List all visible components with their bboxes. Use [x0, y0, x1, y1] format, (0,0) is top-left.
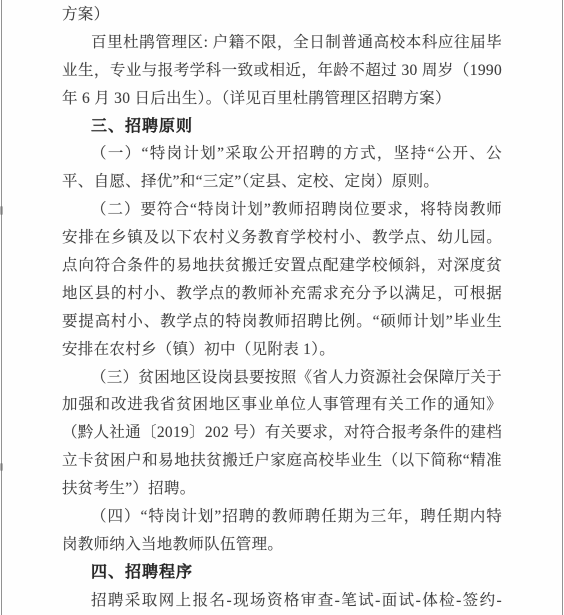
page-left-edge-line	[1, 0, 2, 615]
scan-smudge	[0, 206, 3, 215]
text-line: 安排在农村乡（镇）初中（见附表 1）。	[62, 336, 502, 364]
text-line: 地区县的村小、教学点的教师补充需求充分予以满足，可根据需	[62, 280, 502, 308]
text-line: （二）要符合“特岗计划”教师招聘岗位要求，将特岗教师	[62, 196, 502, 224]
text-line: 立卡贫困户和易地扶贫搬迁户家庭高校毕业生（以下简称“精准	[62, 447, 502, 475]
text-line: 安排在乡镇及以下农村义务教育学校村小、教学点、幼儿园。重	[62, 224, 502, 252]
text-line: 要提高村小、教学点的特岗教师招聘比例。“硕师计划”毕业生	[62, 308, 502, 336]
text-line: 方案）	[62, 1, 502, 29]
text-line: 点向符合条件的易地扶贫搬迁安置点配建学校倾斜，对深度贫困	[62, 252, 502, 280]
scan-smudge	[0, 463, 3, 471]
section-heading: 四、招聘程序	[62, 559, 502, 587]
text-line: 平、自愿、择优”和“三定”（定县、定校、定岗）原则。	[62, 168, 502, 196]
document-text: 方案）百里杜鹃管理区: 户籍不限，全日制普通高校本科应往届毕业生，专业与报考学科…	[62, 1, 502, 615]
section-heading: 三、招聘原则	[62, 113, 502, 141]
text-line: 岗教师纳入当地教师队伍管理。	[62, 531, 502, 559]
text-line: （四）“特岗计划”招聘的教师聘任期为三年，聘任期内特	[62, 503, 502, 531]
text-line: （黔人社通〔2019〕202 号）有关要求，对符合报考条件的建档	[62, 419, 502, 447]
text-line: 业生，专业与报考学科一致或相近，年龄不超过 30 周岁（1990	[62, 57, 502, 85]
text-line: 加强和改进我省贫困地区事业单位人事管理有关工作的通知》	[62, 391, 502, 419]
text-line: （一）“特岗计划”采取公开招聘的方式，坚持“公开、公	[62, 140, 502, 168]
text-line: 百里杜鹃管理区: 户籍不限，全日制普通高校本科应往届毕	[62, 29, 502, 57]
text-line: 招聘采取网上报名-现场资格审查-笔试-面试-体检-签约-	[62, 587, 502, 615]
text-line: 年 6 月 30 日后出生）。（详见百里杜鹃管理区招聘方案）	[62, 85, 502, 113]
text-line: 扶贫考生”）招聘。	[62, 475, 502, 503]
text-line: （三）贫困地区设岗县要按照《省人力资源社会保障厅关于	[62, 364, 502, 392]
document-page: 方案）百里杜鹃管理区: 户籍不限，全日制普通高校本科应往届毕业生，专业与报考学科…	[0, 0, 564, 615]
page-right-edge-line	[562, 0, 563, 615]
